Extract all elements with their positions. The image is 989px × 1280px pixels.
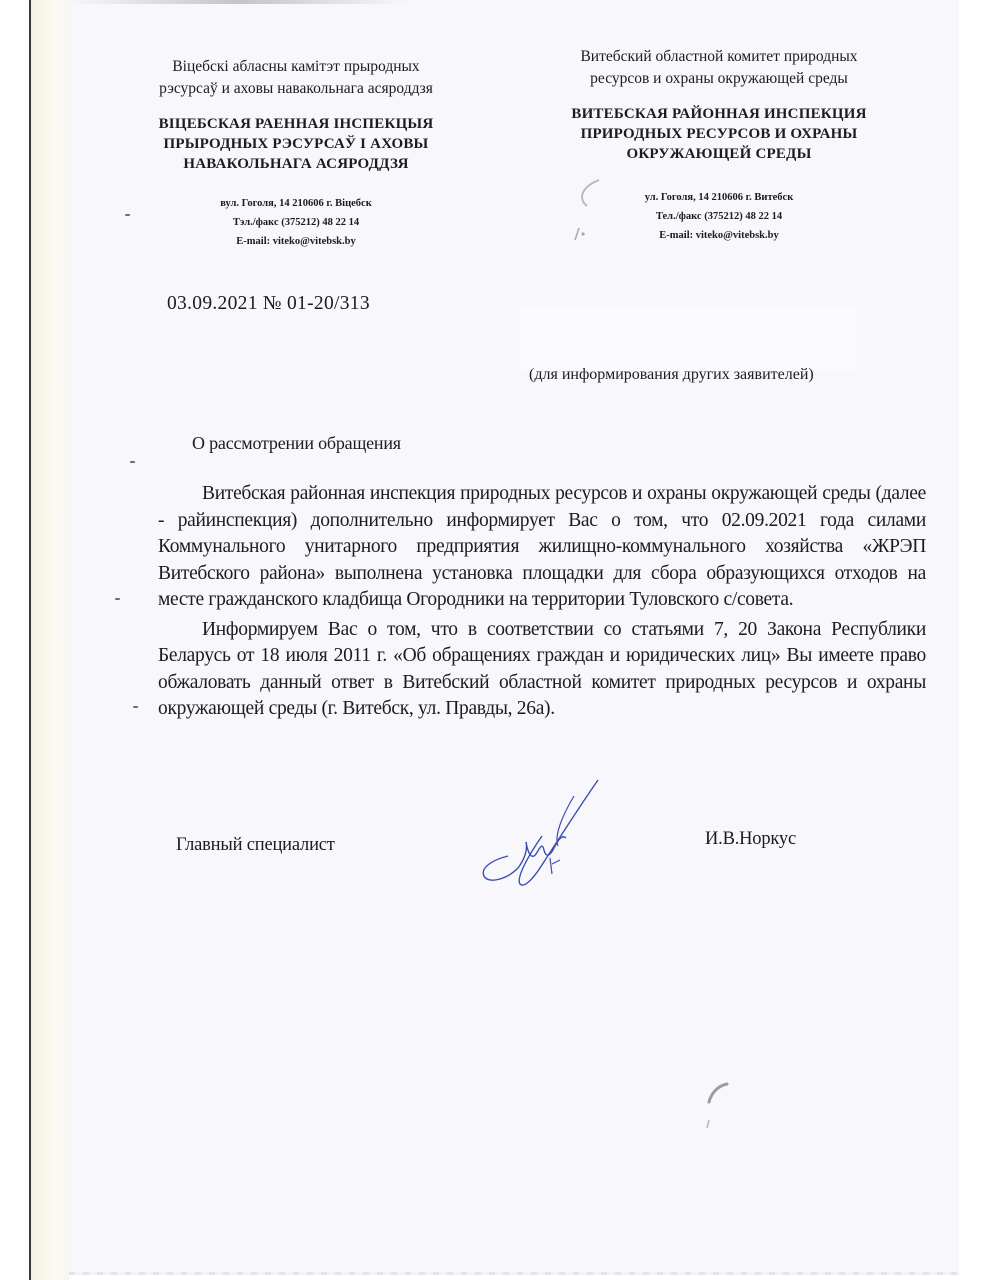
registration-number: 03.09.2021 № 01-20/313 xyxy=(167,293,370,315)
org-name-line: НАВАКОЛЬНАГА АСЯРОДДЗЯ xyxy=(121,154,471,174)
scan-artifact-icon xyxy=(569,176,609,246)
scan-speck xyxy=(125,214,130,216)
scan-speck xyxy=(130,461,135,463)
paragraph: Информируем Вас о том, что в соответстви… xyxy=(158,617,926,723)
recipient-note: (для информирования других заявителей) xyxy=(529,366,814,384)
org-name-line: ВИТЕБСКАЯ РАЙОННАЯ ИНСПЕКЦИЯ xyxy=(539,104,899,124)
paragraph: Витебская районная инспекция природных р… xyxy=(158,481,926,614)
email: E-mail: viteko@vitebsk.by xyxy=(121,232,471,251)
parent-org-by: Віцебскі абласны камітэт прыродных рэсур… xyxy=(121,56,471,100)
org-name-by: ВІЦЕБСКАЯ РАЕННАЯ ІНСПЕКЦЫЯ ПРЫРОДНЫХ РЭ… xyxy=(121,114,471,174)
parent-org-ru: Витебский областной комитет природных ре… xyxy=(539,46,899,90)
phone: Тэл./факс (375212) 48 22 14 xyxy=(121,213,471,232)
scan-speck xyxy=(115,598,120,600)
parent-org-line: Віцебскі абласны камітэт прыродных xyxy=(121,56,471,78)
org-name-line: ОКРУЖАЮЩЕЙ СРЕДЫ xyxy=(539,144,899,164)
letter-page: Віцебскі абласны камітэт прыродных рэсур… xyxy=(69,0,959,1275)
org-name-ru: ВИТЕБСКАЯ РАЙОННАЯ ИНСПЕКЦИЯ ПРИРОДНЫХ Р… xyxy=(539,104,899,164)
address: вул. Гоголя, 14 210606 г. Віцебск xyxy=(121,194,471,213)
parent-org-line: рэсурсаў и аховы навакольнага асяроддзя xyxy=(121,78,471,100)
org-name-line: ВІЦЕБСКАЯ РАЕННАЯ ІНСПЕКЦЫЯ xyxy=(121,114,471,134)
parent-org-line: Витебский областной комитет природных xyxy=(539,46,899,68)
scan-margin xyxy=(31,0,69,1280)
letter-body: Витебская районная инспекция природных р… xyxy=(158,481,926,723)
org-name-line: ПРЫРОДНЫХ РЭСУРСАЎ І АХОВЫ xyxy=(121,134,471,154)
scan-speck xyxy=(133,706,138,708)
header-belarusian: Віцебскі абласны камітэт прыродных рэсур… xyxy=(121,56,471,251)
letter-subject: О рассмотрении обращения xyxy=(192,433,401,454)
scan-shadow xyxy=(69,0,409,4)
redacted-recipient xyxy=(521,306,855,370)
contacts-by: вул. Гоголя, 14 210606 г. Віцебск Тэл./ф… xyxy=(121,194,471,251)
scanned-document: Віцебскі абласны камітэт прыродных рэсур… xyxy=(0,0,989,1280)
handwritten-signature-icon xyxy=(462,776,622,896)
signer-name: И.В.Норкус xyxy=(705,829,796,850)
signer-position: Главный специалист xyxy=(176,835,335,856)
parent-org-line: ресурсов и охраны окружающей среды xyxy=(539,68,899,90)
scan-artifact-icon xyxy=(705,1080,735,1130)
scan-bottom-edge xyxy=(69,1272,959,1275)
org-name-line: ПРИРОДНЫХ РЕСУРСОВ И ОХРАНЫ xyxy=(539,124,899,144)
